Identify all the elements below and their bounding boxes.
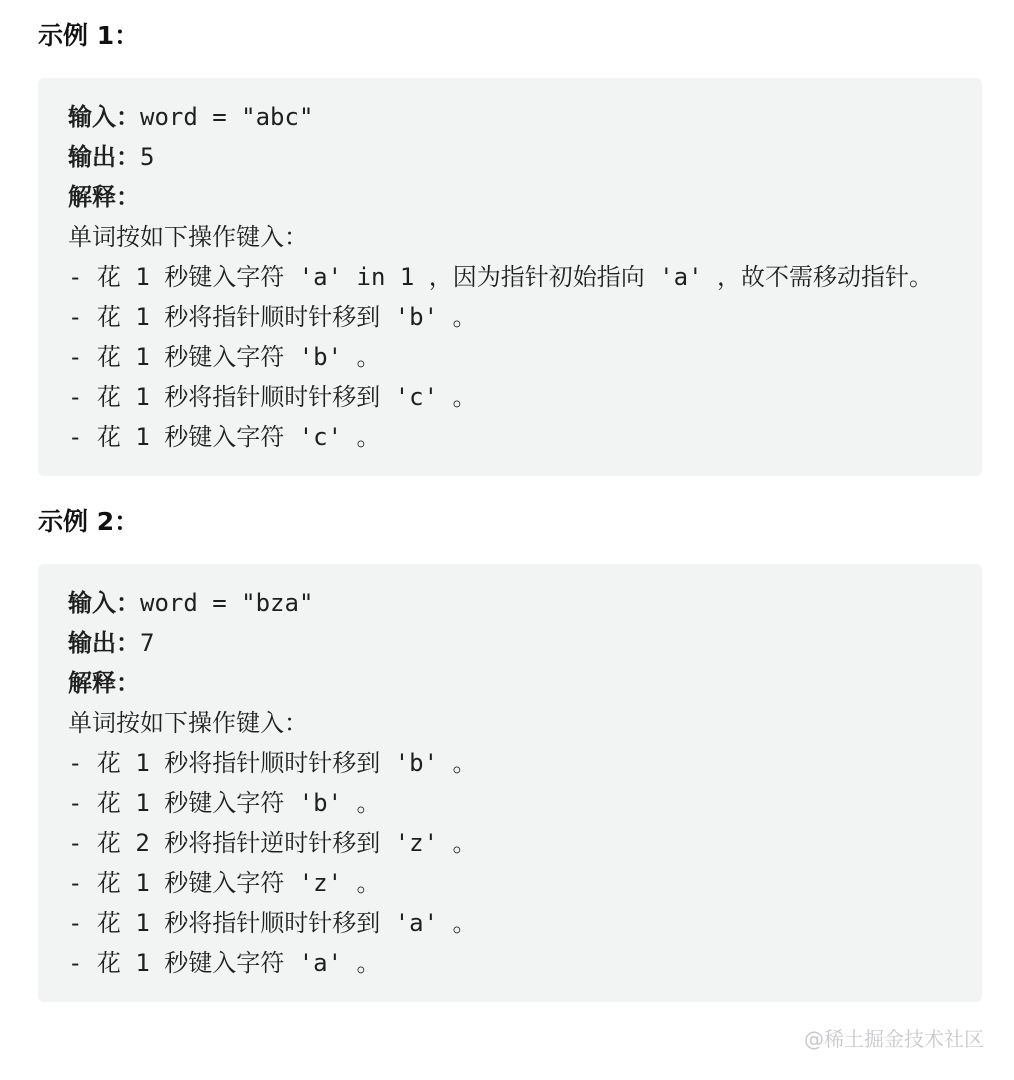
output-line: 输出：7 [68, 623, 952, 663]
explanation-line: - 花 1 秒键入字符 'b' 。 [68, 337, 952, 377]
explanation-line: - 花 2 秒将指针逆时针移到 'z' 。 [68, 823, 952, 863]
example-1-section: 示例 1： 输入：word = "abc" 输出：5 解释： 单词按如下操作键入… [38, 20, 982, 476]
explanation-line: - 花 1 秒键入字符 'a' in 1 ，因为指针初始指向 'a' ，故不需移… [68, 257, 952, 297]
input-line: 输入：word = "bza" [68, 583, 952, 623]
example-2-title: 示例 2： [38, 506, 982, 538]
output-line: 输出：5 [68, 137, 952, 177]
explanation-label: 解释： [68, 183, 140, 211]
explanation-line: - 花 1 秒将指针顺时针移到 'c' 。 [68, 377, 952, 417]
output-label: 输出： [68, 143, 140, 171]
input-line: 输入：word = "abc" [68, 97, 952, 137]
explanation-line: - 花 1 秒键入字符 'a' 。 [68, 943, 952, 983]
example-1-code-block: 输入：word = "abc" 输出：5 解释： 单词按如下操作键入： - 花 … [38, 78, 982, 476]
explanation-line: - 花 1 秒键入字符 'b' 。 [68, 783, 952, 823]
explanation-line: - 花 1 秒键入字符 'c' 。 [68, 417, 952, 457]
explanation-label-line: 解释： [68, 663, 952, 703]
input-label: 输入： [68, 589, 140, 617]
problem-description-page: 示例 1： 输入：word = "abc" 输出：5 解释： 单词按如下操作键入… [0, 0, 1014, 1002]
watermark: @稀土掘金技术社区 [804, 1026, 984, 1052]
explanation-line: 单词按如下操作键入： [68, 217, 952, 257]
explanation-line: - 花 1 秒键入字符 'z' 。 [68, 863, 952, 903]
output-value: 5 [140, 143, 154, 171]
explanation-label-line: 解释： [68, 177, 952, 217]
example-2-code-block: 输入：word = "bza" 输出：7 解释： 单词按如下操作键入： - 花 … [38, 564, 982, 1002]
example-1-title: 示例 1： [38, 20, 982, 52]
input-value: word = "bza" [140, 589, 313, 617]
explanation-line: - 花 1 秒将指针顺时针移到 'b' 。 [68, 297, 952, 337]
input-label: 输入： [68, 103, 140, 131]
explanation-line: - 花 1 秒将指针顺时针移到 'b' 。 [68, 743, 952, 783]
explanation-label: 解释： [68, 669, 140, 697]
output-value: 7 [140, 629, 154, 657]
input-value: word = "abc" [140, 103, 313, 131]
explanation-line: - 花 1 秒将指针顺时针移到 'a' 。 [68, 903, 952, 943]
explanation-line: 单词按如下操作键入： [68, 703, 952, 743]
output-label: 输出： [68, 629, 140, 657]
example-2-section: 示例 2： 输入：word = "bza" 输出：7 解释： 单词按如下操作键入… [38, 506, 982, 1002]
